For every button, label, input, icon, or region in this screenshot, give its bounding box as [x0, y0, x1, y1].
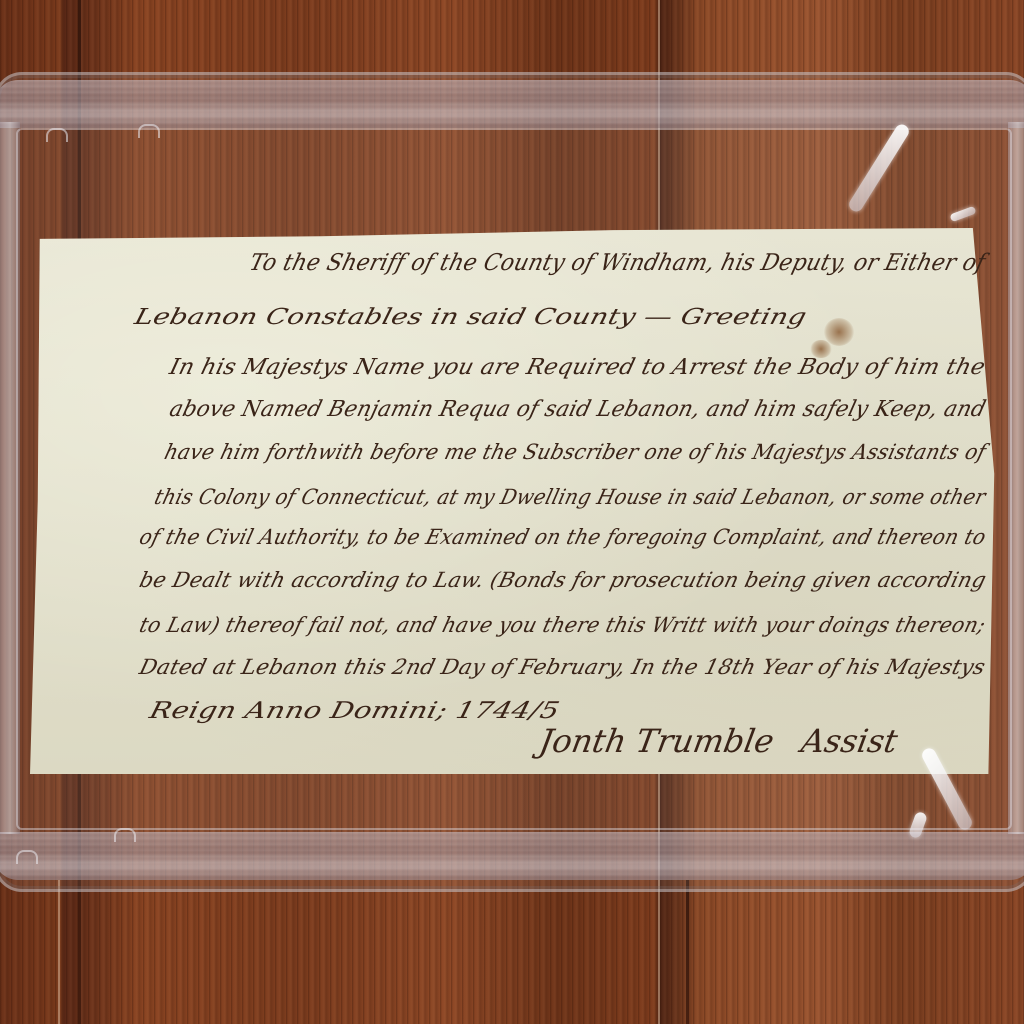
holder-top-rim: [0, 80, 1024, 128]
wood-plank-seam: [58, 880, 60, 1024]
document-line-2: Lebanon Constables in said County — Gree…: [132, 305, 809, 330]
holder-notch: [138, 124, 160, 138]
document-line-8: be Dealt with according to Law. (Bonds f…: [137, 568, 989, 592]
signature: Jonth Trumble Assist: [537, 722, 901, 760]
document-line-7: of the Civil Authority, to be Examined o…: [137, 525, 988, 549]
wood-plank-seam: [686, 880, 689, 1024]
document-line-1: To the Sheriff of the County of Windham,…: [247, 250, 988, 276]
document-line-6: this Colony of Connecticut, at my Dwelli…: [152, 485, 988, 509]
signature-title: Assist: [798, 722, 900, 760]
holder-notch: [16, 850, 38, 864]
holder-notch: [46, 128, 68, 142]
document-line-10: Dated at Lebanon this 2nd Day of Februar…: [137, 655, 988, 679]
document-line-4: above Named Benjamin Requa of said Leban…: [167, 397, 989, 422]
document-line-9: to Law) thereof fail not, and have you t…: [137, 613, 988, 637]
document-line-5: have him forthwith before me the Subscri…: [162, 440, 989, 464]
holder-notch: [114, 828, 136, 842]
holder-bottom-rim: [0, 832, 1024, 880]
document-line-3: In his Majestys Name you are Required to…: [167, 355, 988, 380]
signature-name: Jonth Trumble: [537, 722, 777, 760]
document-line-11: Reign Anno Domini; 1744/5: [147, 698, 562, 724]
